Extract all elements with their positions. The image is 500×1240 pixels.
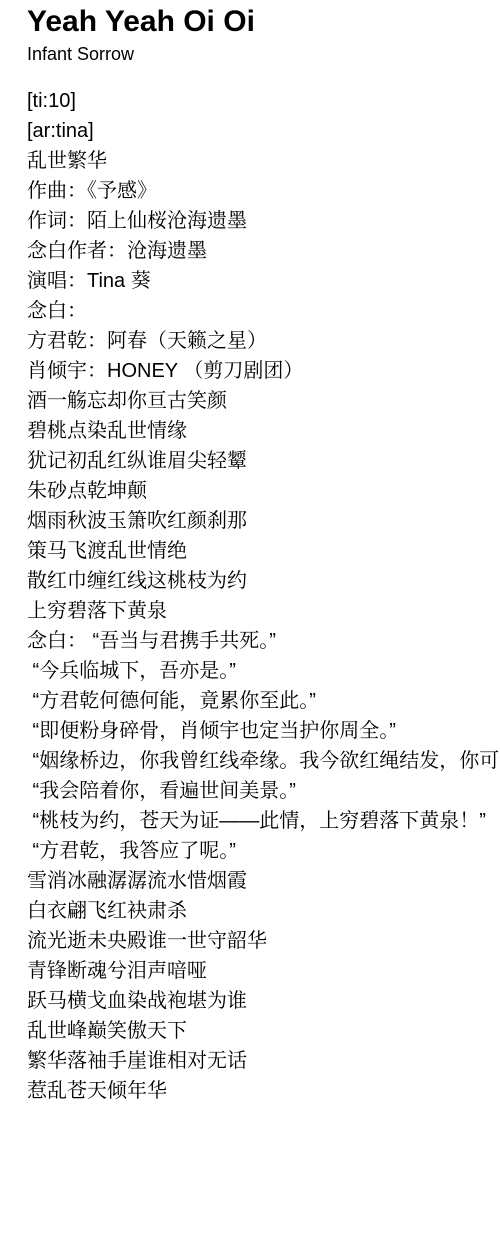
lyric-line: 青锋断魂兮泪声喑哑 bbox=[27, 956, 500, 986]
lyric-line: “我会陪着你，看遍世间美景。” bbox=[27, 776, 500, 806]
lyric-line: 散红巾缠红线这桃枝为约 bbox=[27, 566, 500, 596]
lyric-line: 策马飞渡乱世情绝 bbox=[27, 536, 500, 566]
lyric-line: “方君乾，我答应了呢。” bbox=[27, 836, 500, 866]
lyric-line: 惹乱苍天倾年华 bbox=[27, 1076, 500, 1106]
lyric-line: 念白： bbox=[27, 296, 500, 326]
lyric-line: 繁华落袖手崖谁相对无话 bbox=[27, 1046, 500, 1076]
lyric-line: “方君乾何德何能，竟累你至此。” bbox=[27, 686, 500, 716]
artist-name: Infant Sorrow bbox=[27, 42, 500, 66]
lyrics-page: Yeah Yeah Oi Oi Infant Sorrow [ti:10][ar… bbox=[0, 0, 500, 1106]
lyric-line: 朱砂点乾坤颠 bbox=[27, 476, 500, 506]
lyric-line: 白衣翩飞红袂肃杀 bbox=[27, 896, 500, 926]
lyric-line: 雪消冰融潺潺流水惜烟霞 bbox=[27, 866, 500, 896]
lyric-line: 演唱：Tina 葵 bbox=[27, 266, 500, 296]
lyric-line: 作词：陌上仙桜沧海遗墨 bbox=[27, 206, 500, 236]
lyric-line: 作曲：《予感》 bbox=[27, 176, 500, 206]
lyric-line: 上穷碧落下黄泉 bbox=[27, 596, 500, 626]
lyric-line: [ar:tina] bbox=[27, 116, 500, 146]
lyric-line: “桃枝为约，苍天为证——此情，上穷碧落下黄泉！” bbox=[27, 806, 500, 836]
lyric-line: 肖倾宇：HONEY （剪刀剧团） bbox=[27, 356, 500, 386]
lyric-line: 犹记初乱红纵谁眉尖轻颦 bbox=[27, 446, 500, 476]
lyric-line: 酒一觞忘却你亘古笑颜 bbox=[27, 386, 500, 416]
lyric-line: 流光逝未央殿谁一世守韶华 bbox=[27, 926, 500, 956]
lyric-line: 念白： “吾当与君携手共死。” bbox=[27, 626, 500, 656]
page-title: Yeah Yeah Oi Oi bbox=[27, 2, 500, 42]
lyric-line: [ti:10] bbox=[27, 86, 500, 116]
lyric-line: 烟雨秋波玉箫吹红颜刹那 bbox=[27, 506, 500, 536]
lyric-line: 跃马横戈血染战袍堪为谁 bbox=[27, 986, 500, 1016]
lyric-line: 念白作者：沧海遗墨 bbox=[27, 236, 500, 266]
lyrics-block: [ti:10][ar:tina]乱世繁华作曲：《予感》作词：陌上仙桜沧海遗墨念白… bbox=[27, 86, 500, 1106]
lyric-line: 乱世峰巅笑傲天下 bbox=[27, 1016, 500, 1046]
lyric-line: 乱世繁华 bbox=[27, 146, 500, 176]
lyric-line: 碧桃点染乱世情缘 bbox=[27, 416, 500, 446]
lyric-line: “今兵临城下，吾亦是。” bbox=[27, 656, 500, 686]
lyric-line: “姻缘桥边，你我曾红线牵缘。我今欲红绳结发，你可 bbox=[27, 746, 500, 776]
lyric-line: 方君乾：阿春（天籁之星） bbox=[27, 326, 500, 356]
lyric-line: “即便粉身碎骨，肖倾宇也定当护你周全。” bbox=[27, 716, 500, 746]
